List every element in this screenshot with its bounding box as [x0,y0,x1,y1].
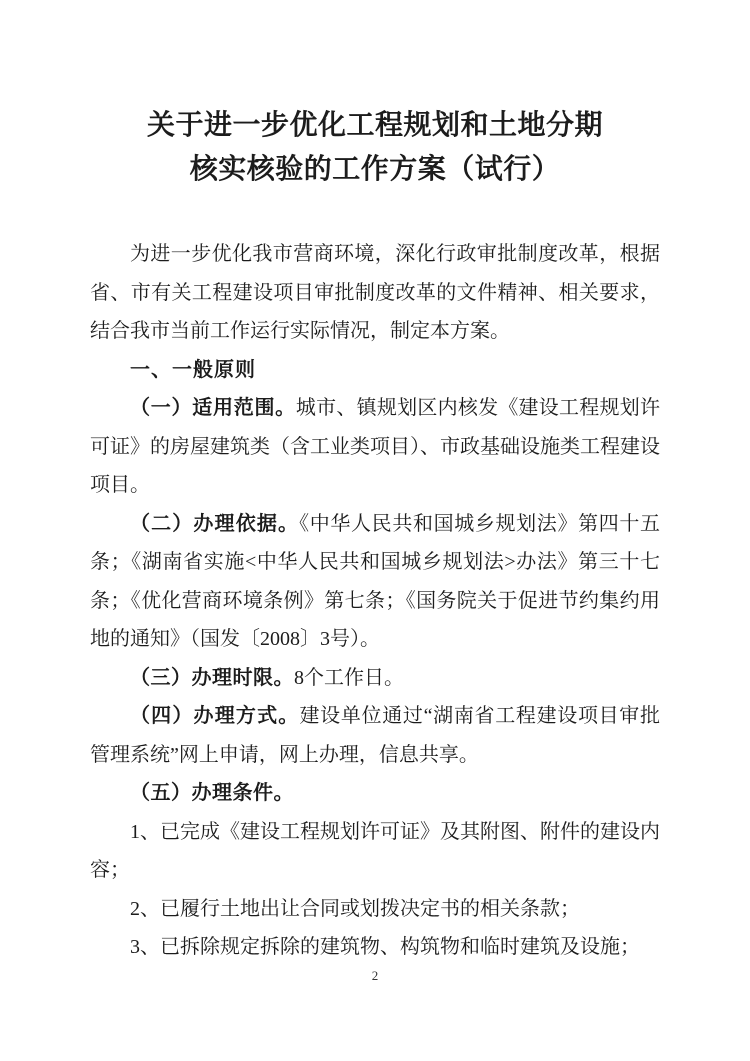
clause-conditions: （五）办理条件。 [90,774,660,813]
clause-conditions-lead: （五）办理条件。 [130,782,294,804]
document-page: 关于进一步优化工程规划和土地分期 核实核验的工作方案（试行） 为进一步优化我市营… [0,0,750,1061]
section-heading-general-principles: 一、一般原则 [90,351,660,390]
clause-scope: （一）适用范围。城市、镇规划区内核发《建设工程规划许可证》的房屋建筑类（含工业类… [90,389,660,505]
title-line-2: 核实核验的工作方案（试行） [90,148,660,192]
clause-method-lead: （四）办理方式。 [130,705,299,727]
clause-method: （四）办理方式。建设单位通过“湖南省工程建设项目审批管理系统”网上申请，网上办理… [90,697,660,774]
clause-time-limit: （三）办理时限。8个工作日。 [90,659,660,698]
clause-time-limit-text: 8个工作日。 [294,667,404,689]
condition-item-2: 2、已履行土地出让合同或划拨决定书的相关条款； [90,890,660,929]
clause-time-limit-lead: （三）办理时限。 [130,667,294,689]
condition-item-1: 1、已完成《建设工程规划许可证》及其附图、附件的建设内容； [90,813,660,890]
page-number: 2 [0,968,750,984]
clause-scope-lead: （一）适用范围。 [130,397,296,419]
intro-paragraph: 为进一步优化我市营商环境，深化行政审批制度改革，根据省、市有关工程建设项目审批制… [90,235,660,351]
clause-basis-lead: （二）办理依据。 [130,513,299,535]
title-line-1: 关于进一步优化工程规划和土地分期 [90,104,660,148]
condition-item-3: 3、已拆除规定拆除的建筑物、构筑物和临时建筑及设施； [90,928,660,967]
clause-basis: （二）办理依据。《中华人民共和国城乡规划法》第四十五条；《湖南省实施<中华人民共… [90,505,660,659]
document-title: 关于进一步优化工程规划和土地分期 核实核验的工作方案（试行） [90,104,660,192]
